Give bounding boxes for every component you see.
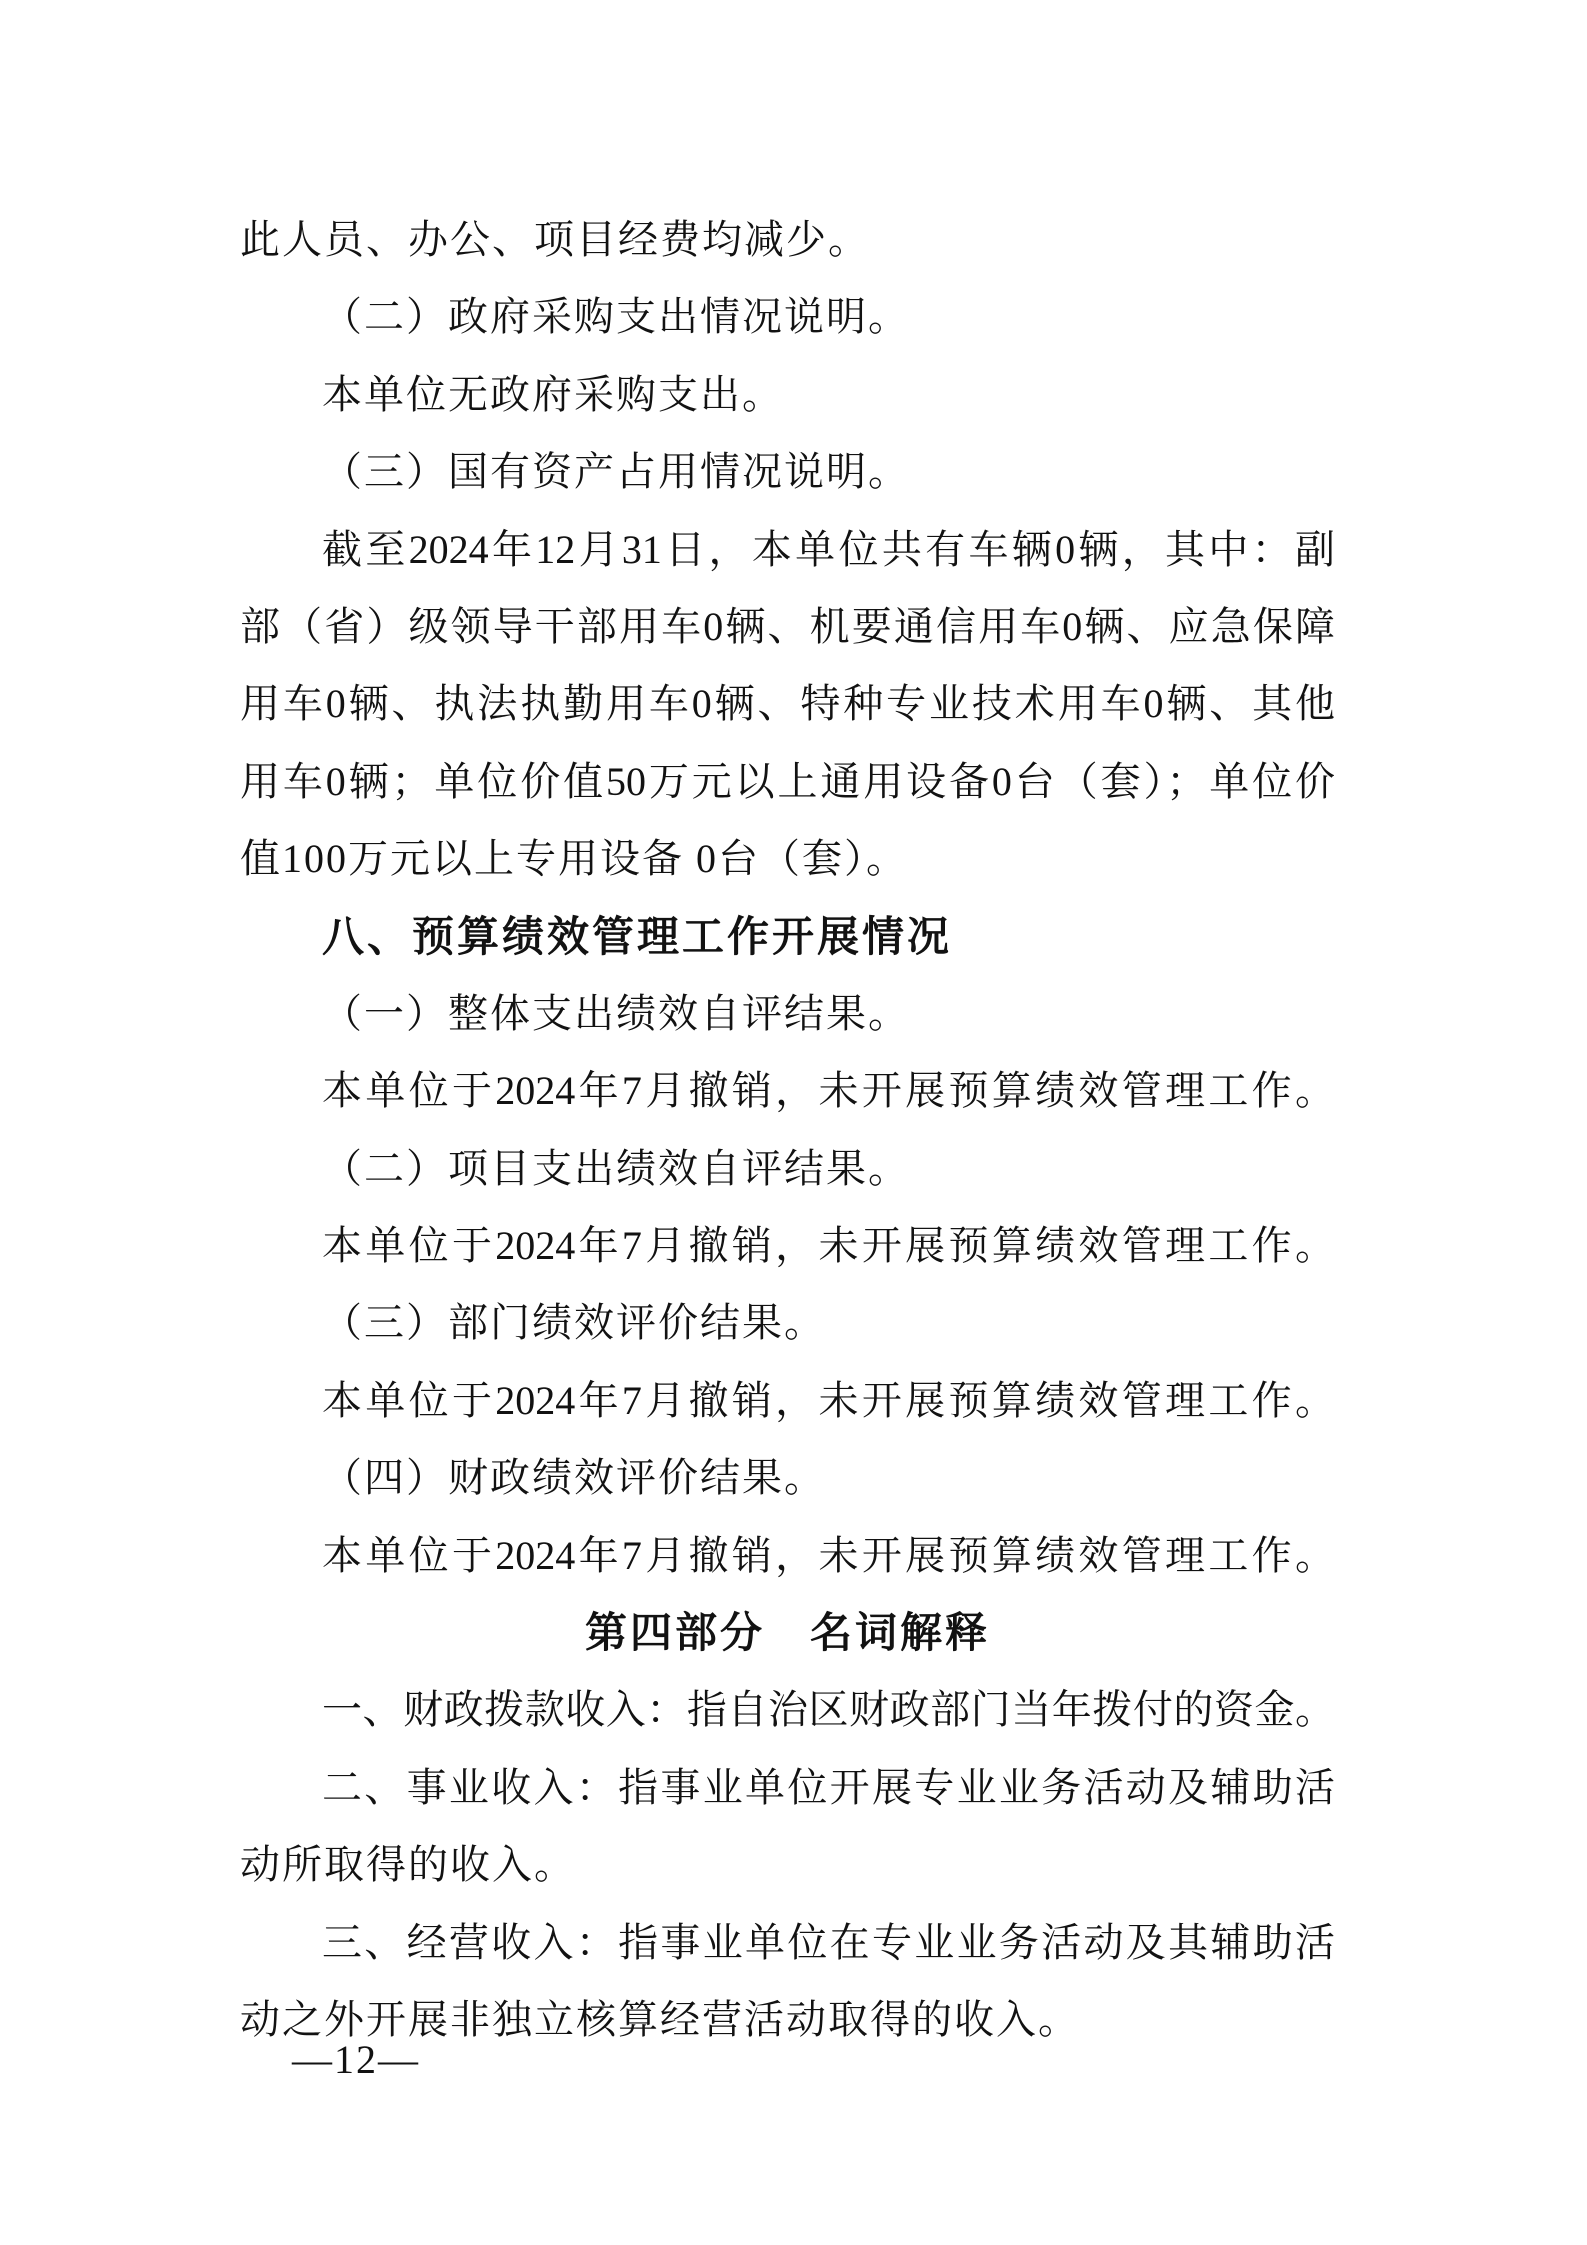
- glossary-item-operating-income: 三、经营收入：指事业单位在专业业务活动及其辅助活: [240, 1904, 1335, 1981]
- section-heading-performance: 八、预算绩效管理工作开展情况: [240, 898, 1335, 975]
- subheading-project-self-eval: （二）项目支出绩效自评结果。: [240, 1130, 1335, 1207]
- subheading-gov-procurement: （二）政府采购支出情况说明。: [240, 278, 1335, 355]
- subheading-overall-self-eval: （一）整体支出绩效自评结果。: [240, 975, 1335, 1052]
- body-line: 值100万元以上专用设备 0台（套）。: [240, 820, 1335, 897]
- subheading-dept-evaluation: （三）部门绩效评价结果。: [240, 1284, 1335, 1361]
- body-line: 本单位无政府采购支出。: [240, 356, 1335, 433]
- body-line: 本单位于2024年7月撤销，未开展预算绩效管理工作。: [240, 1207, 1335, 1284]
- body-line: 本单位于2024年7月撤销，未开展预算绩效管理工作。: [240, 1362, 1335, 1439]
- body-line: 本单位于2024年7月撤销，未开展预算绩效管理工作。: [240, 1517, 1335, 1594]
- body-line: 部（省）级领导干部用车0辆、机要通信用车0辆、应急保障: [240, 588, 1335, 665]
- document-page: 此人员、办公、项目经费均减少。 （二）政府采购支出情况说明。 本单位无政府采购支…: [0, 0, 1587, 2245]
- paragraph-continuation-line: 此人员、办公、项目经费均减少。: [240, 201, 1335, 278]
- page-number: —12—: [292, 2038, 420, 2082]
- document-body: 此人员、办公、项目经费均减少。 （二）政府采购支出情况说明。 本单位无政府采购支…: [240, 201, 1335, 2058]
- part-heading-glossary: 第四部分 名词解释: [240, 1594, 1335, 1671]
- glossary-item-fiscal-appropriation: 一、财政拨款收入：指自治区财政部门当年拨付的资金。: [240, 1671, 1335, 1748]
- body-line: 用车0辆、执法执勤用车0辆、特种专业技术用车0辆、其他: [240, 665, 1335, 742]
- body-line: 本单位于2024年7月撤销，未开展预算绩效管理工作。: [240, 1052, 1335, 1129]
- subheading-fiscal-evaluation: （四）财政绩效评价结果。: [240, 1439, 1335, 1516]
- body-line: 截至2024年12月31日，本单位共有车辆0辆，其中：副: [240, 511, 1335, 588]
- paragraph-continuation-line: 动所取得的收入。: [240, 1826, 1335, 1903]
- body-line: 用车0辆；单位价值50万元以上通用设备0台（套）；单位价: [240, 743, 1335, 820]
- subheading-state-assets: （三）国有资产占用情况说明。: [240, 433, 1335, 510]
- glossary-item-service-income: 二、事业收入：指事业单位开展专业业务活动及辅助活: [240, 1749, 1335, 1826]
